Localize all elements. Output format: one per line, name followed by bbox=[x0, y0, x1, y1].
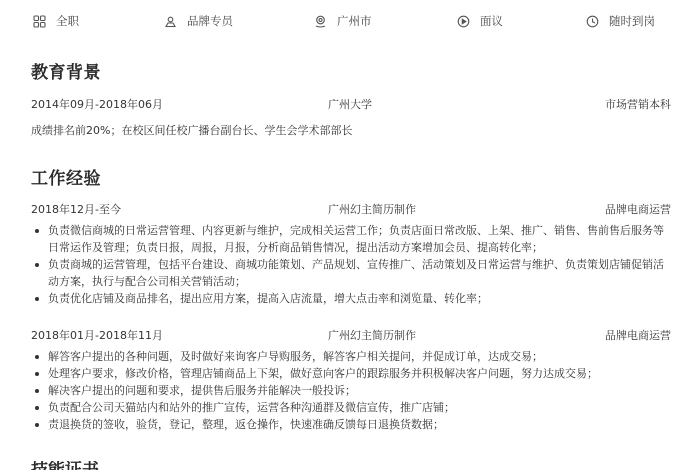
list-item: 解答客户提出的各种问题，及时做好来询客户导购服务，解答客户相关提问，并促成订单，… bbox=[31, 348, 671, 365]
info-item-salary: 面议 bbox=[457, 12, 503, 30]
info-label: 面议 bbox=[480, 13, 503, 29]
work-entry-header: 2018年01月-2018年11月 广州幻主简历制作 品牌电商运营 bbox=[31, 327, 671, 343]
education-school: 广州大学 bbox=[328, 96, 372, 112]
education-entry-header: 2014年09月-2018年06月 广州大学 市场营销本科 bbox=[31, 96, 671, 112]
list-item: 负责配合公司天猫站内和站外的推广宣传，运营各种沟通群及微信宣传，推广店铺； bbox=[31, 399, 671, 416]
job-intent-bar: 全职 品牌专员 广州市 bbox=[0, 0, 700, 40]
location-icon bbox=[314, 15, 327, 28]
work-date: 2018年12月-至今 bbox=[31, 201, 121, 217]
list-item: 处理客户要求，修改价格，管理店铺商品上下架，做好意向客户的跟踪服务并积极解决客户… bbox=[31, 365, 671, 382]
work-position: 品牌电商运营 bbox=[605, 327, 671, 343]
grid-icon bbox=[33, 15, 46, 28]
work-duties-list: 负责微信商城的日常运营管理、内容更新与维护，完成相关运营工作；负责店面日常改版、… bbox=[31, 222, 671, 307]
education-detail: 成绩排名前20%；在校区间任校广播台副台长、学生会学术部部长 bbox=[31, 122, 352, 138]
info-label: 随时到岗 bbox=[609, 13, 655, 29]
info-item-position: 品牌专员 bbox=[164, 12, 233, 30]
education-section-title: 教育背景 bbox=[31, 58, 101, 83]
work-duties-list: 解答客户提出的各种问题，及时做好来询客户导购服务，解答客户相关提问，并促成订单，… bbox=[31, 348, 671, 433]
work-date: 2018年01月-2018年11月 bbox=[31, 327, 163, 343]
list-item: 负责优化店铺及商品排名，提出应用方案，提高入店流量，增大点击率和浏览量、转化率； bbox=[31, 290, 671, 307]
list-item: 负责商城的运营管理，包括平台建设、商城功能策划、产品规划、宣传推广、活动策划及日… bbox=[31, 256, 671, 290]
info-label: 广州市 bbox=[337, 13, 372, 29]
info-label: 品牌专员 bbox=[187, 13, 233, 29]
person-icon bbox=[164, 15, 177, 28]
work-section-title: 工作经验 bbox=[31, 164, 101, 189]
clock-icon bbox=[586, 15, 599, 28]
list-item: 负责微信商城的日常运营管理、内容更新与维护，完成相关运营工作；负责店面日常改版、… bbox=[31, 222, 671, 256]
list-item: 责退换货的签收，验货，登记，整理，返仓操作，快速准确反馈每日退换货数据； bbox=[31, 416, 671, 433]
education-date: 2014年09月-2018年06月 bbox=[31, 96, 163, 112]
info-label: 全职 bbox=[56, 13, 79, 29]
info-item-city: 广州市 bbox=[314, 12, 372, 30]
play-circle-icon bbox=[457, 15, 470, 28]
list-item: 解决客户提出的问题和要求，提供售后服务并能解决一般投诉； bbox=[31, 382, 671, 399]
work-entry-header: 2018年12月-至今 广州幻主简历制作 品牌电商运营 bbox=[31, 201, 671, 217]
work-company: 广州幻主简历制作 bbox=[328, 201, 416, 217]
next-section-title: 技能证书 bbox=[31, 461, 99, 470]
work-company: 广州幻主简历制作 bbox=[328, 327, 416, 343]
info-item-availability: 随时到岗 bbox=[586, 12, 655, 30]
info-item-job-type: 全职 bbox=[33, 12, 79, 30]
resume-page: 全职 品牌专员 广州市 bbox=[0, 0, 700, 470]
work-position: 品牌电商运营 bbox=[605, 201, 671, 217]
education-major: 市场营销本科 bbox=[605, 96, 671, 112]
